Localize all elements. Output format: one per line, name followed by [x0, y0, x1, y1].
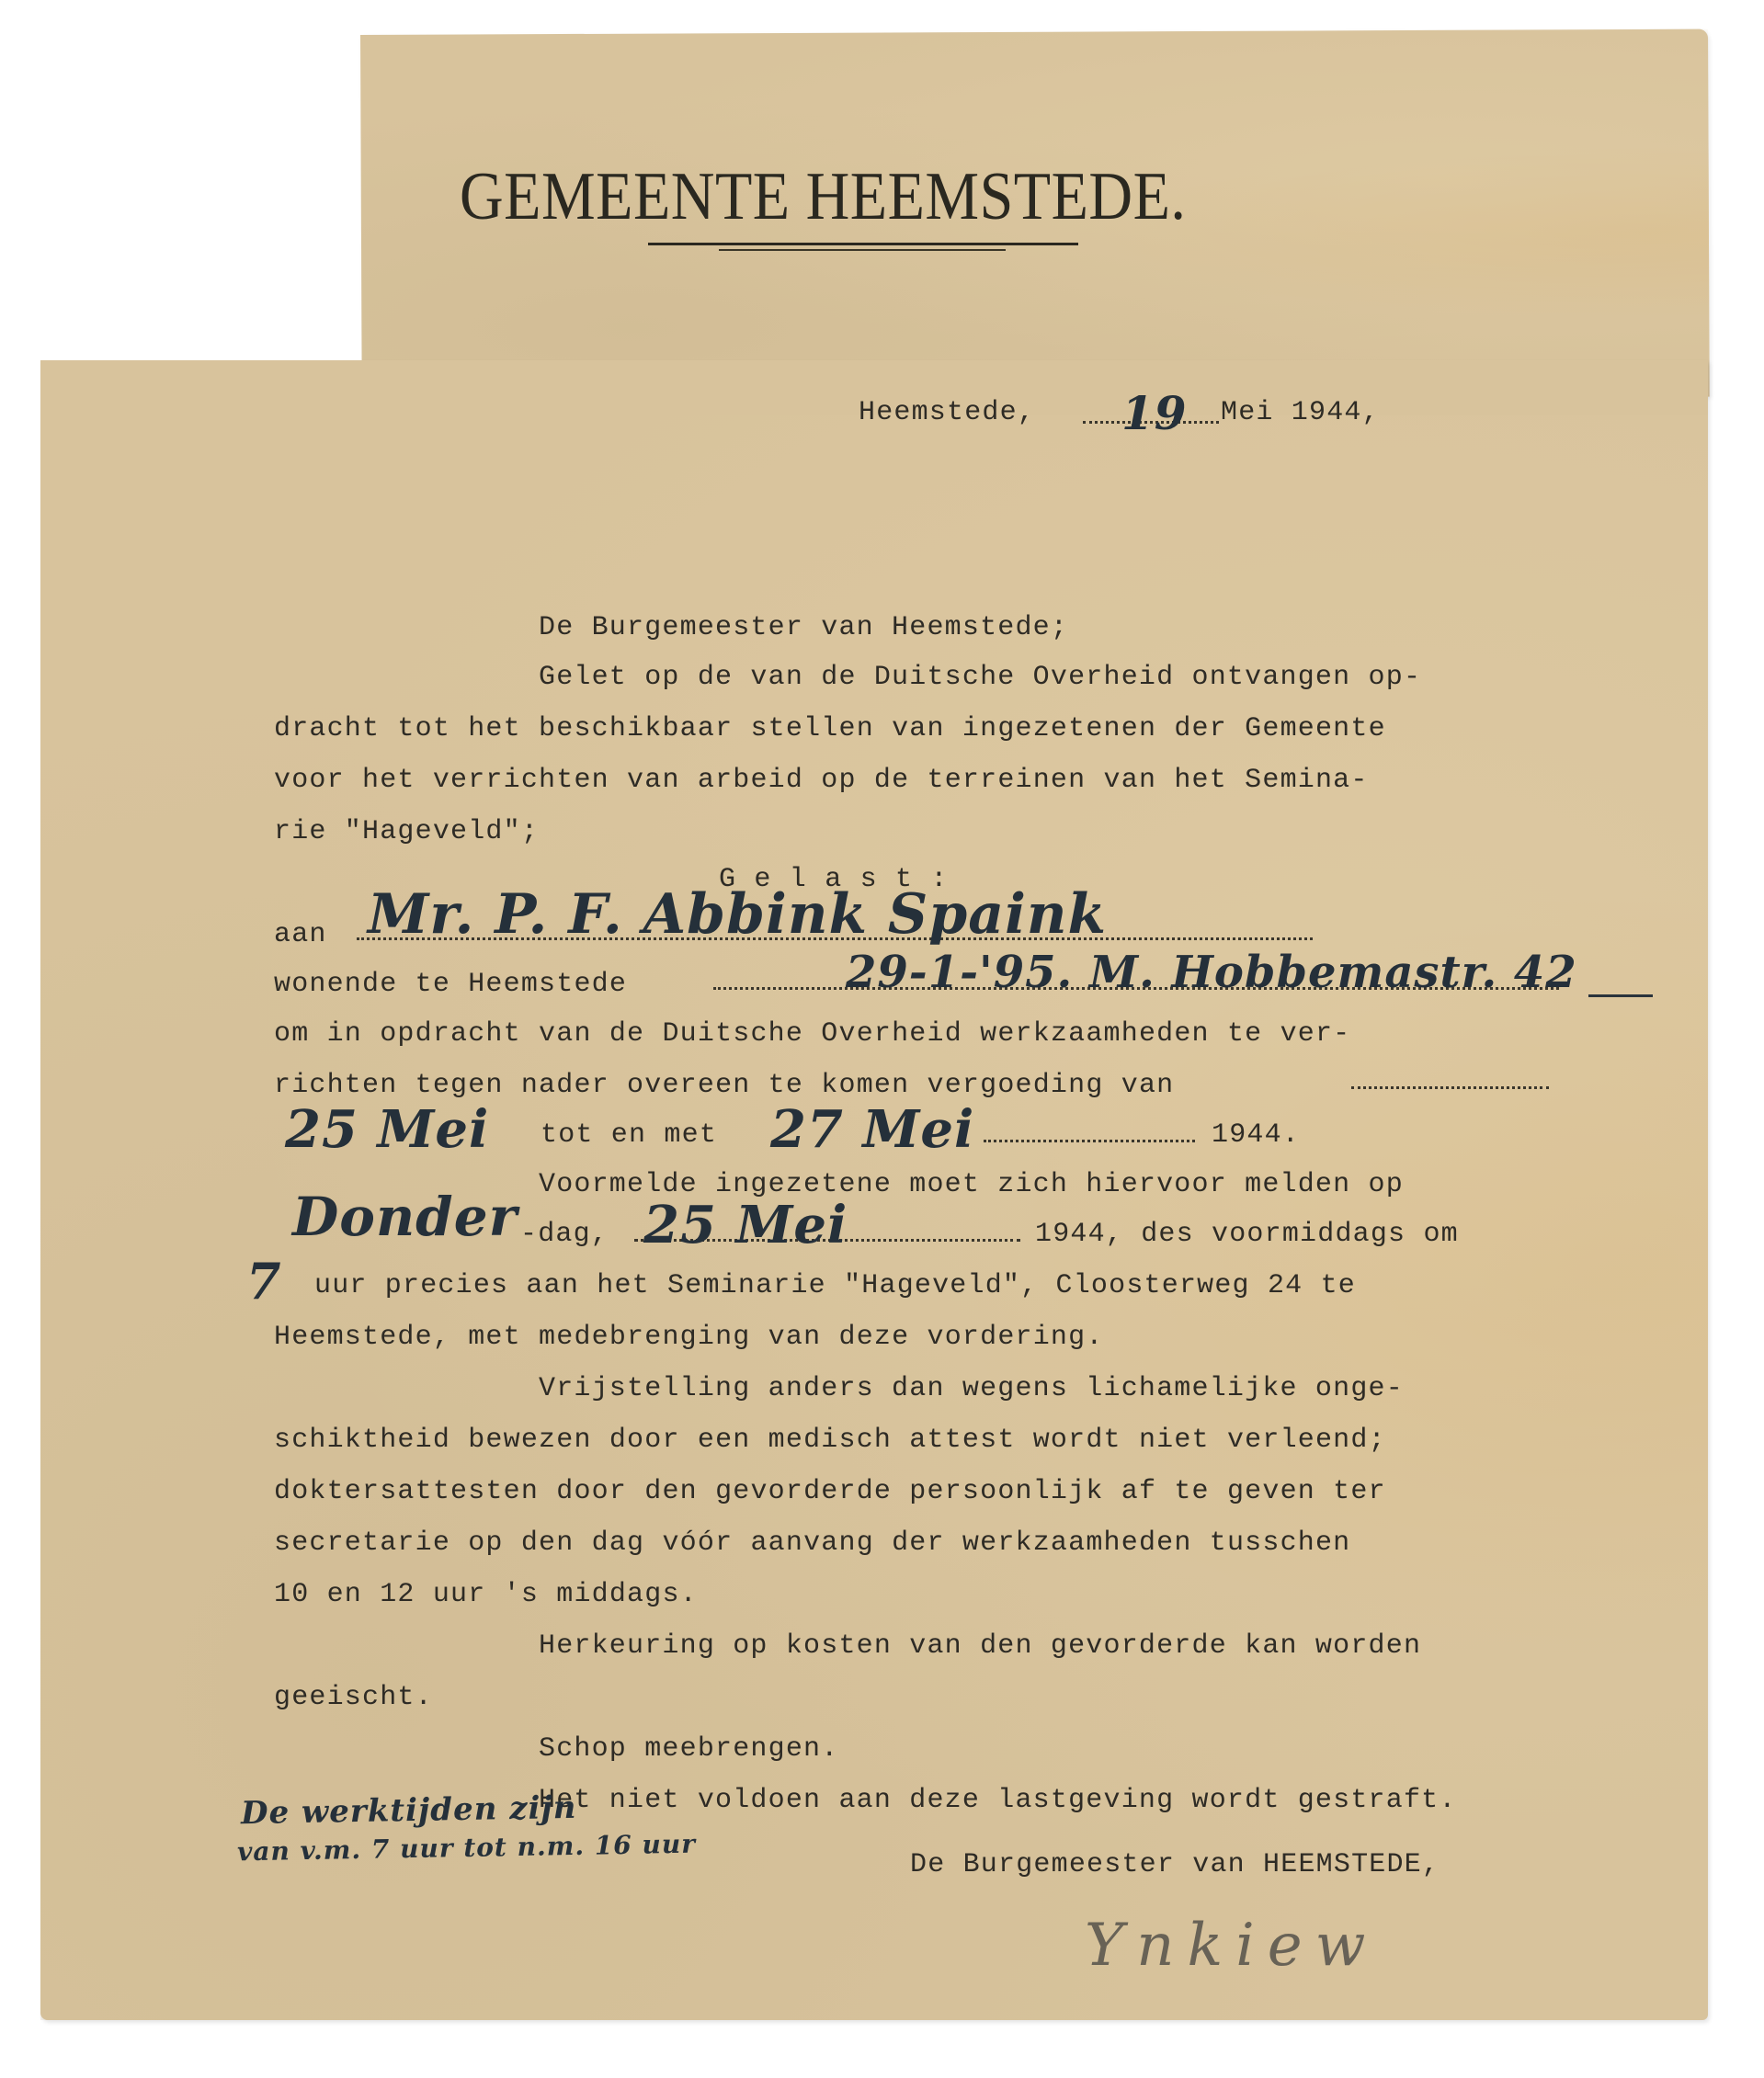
residence-details-handwritten: 29-1-'95. M. Hobbemastr. 42 — [846, 947, 1577, 998]
report-hour-handwritten: 7 — [246, 1252, 282, 1311]
preamble-line: Gelet op de van de Duitsche Overheid ont… — [539, 662, 1421, 693]
bring-shovel: Schop meebrengen. — [539, 1733, 838, 1765]
preamble-line: voor het verrichten van arbeid op de ter… — [274, 765, 1369, 796]
letterhead-rule-secondary — [719, 249, 1006, 251]
period-connector: tot en met — [541, 1119, 717, 1151]
letterhead-rule — [648, 243, 1078, 245]
exemption-line: Vrijstelling anders dan wegens lichameli… — [539, 1373, 1404, 1404]
preamble-line: dracht tot het beschikbaar stellen van i… — [274, 713, 1386, 744]
report-weekday-handwritten: Donder — [292, 1186, 518, 1248]
period-year: 1944. — [1212, 1119, 1300, 1151]
task-line: om in opdracht van de Duitsche Overheid … — [274, 1018, 1350, 1050]
report-end: Heemstede, met medebrenging van deze vor… — [274, 1322, 1104, 1353]
house-number-underline — [1588, 994, 1653, 997]
compensation-blank — [1351, 1086, 1549, 1089]
signatory: De Burgemeester van HEEMSTEDE, — [910, 1849, 1440, 1880]
period-from-handwritten: 25 Mei — [285, 1099, 489, 1160]
residence-label: wonende te Heemstede — [274, 969, 627, 1000]
signature: Ynkiew — [1085, 1912, 1378, 1980]
exemption-line: schiktheid bewezen door een medisch atte… — [274, 1425, 1386, 1456]
report-time-rest: uur precies aan het Seminarie "Hageveld"… — [314, 1270, 1356, 1301]
date-month-year: Mei 1944, — [1221, 397, 1380, 428]
margin-note-line: De werktijden zijn — [241, 1789, 577, 1832]
reexamination-line: geeischt. — [274, 1682, 433, 1713]
report-day-rest: 1944, des voormiddags om — [1035, 1219, 1459, 1250]
period-to-handwritten: 27 Mei — [770, 1099, 974, 1160]
exemption-line: doktersattesten door den gevorderde pers… — [274, 1476, 1386, 1507]
addressee-label: aan — [274, 919, 327, 950]
preamble-line: rie "Hageveld"; — [274, 816, 539, 847]
period-blank — [984, 1140, 1195, 1142]
report-weekday-suffix: -dag, — [520, 1219, 609, 1250]
exemption-line: 10 en 12 uur 's middags. — [274, 1579, 698, 1610]
date-day-handwritten: 19 — [1121, 386, 1188, 440]
exemption-line: secretarie op den dag vóór aanvang der w… — [274, 1527, 1350, 1559]
letterhead-title: GEMEENTE HEEMSTEDE. — [460, 158, 1287, 236]
report-date-handwritten: 25 Mei — [643, 1195, 848, 1255]
penalty: Het niet voldoen aan deze lastgeving wor… — [539, 1785, 1457, 1816]
reexamination-line: Herkeuring op kosten van den gevorderde … — [539, 1630, 1421, 1662]
date-place: Heemstede, — [859, 397, 1035, 428]
addressee-name-handwritten: Mr. P. F. Abbink Spaink — [368, 882, 1107, 947]
task-line: richten tegen nader overeen te komen ver… — [274, 1070, 1174, 1101]
salutation: De Burgemeester van Heemstede; — [539, 612, 1068, 643]
